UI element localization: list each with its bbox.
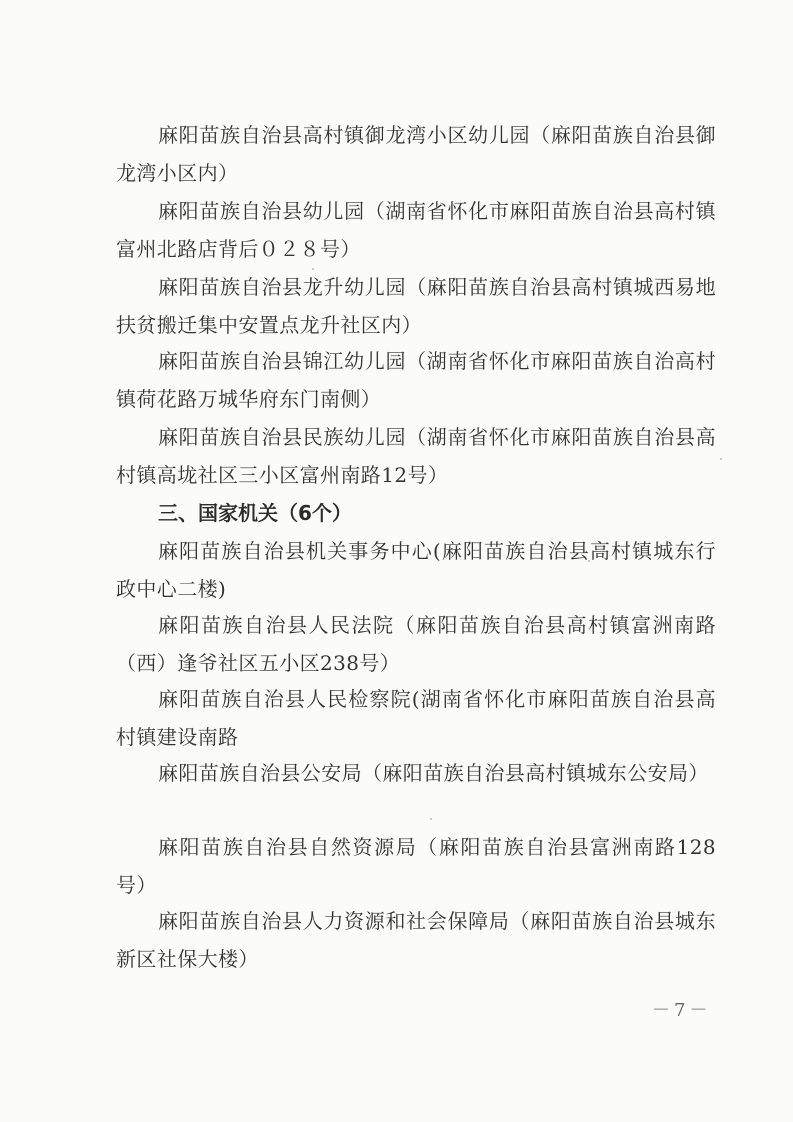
section-heading: 三、国家机关（6个）: [158, 494, 352, 532]
agency-entry: 麻阳苗族自治县机关事务中心(麻阳苗族自治县高村镇城东行政中心二楼): [116, 532, 716, 608]
agency-entry: 麻阳苗族自治县人力资源和社会保障局（麻阳苗族自治县城东新区社保大楼）: [116, 902, 716, 978]
kindergarten-entry: 麻阳苗族自治县幼儿园（湖南省怀化市麻阳苗族自治县高村镇富州北路店背后０２８号）: [116, 192, 716, 268]
scan-speck: [720, 458, 722, 460]
agency-entry: 麻阳苗族自治县人民法院（麻阳苗族自治县高村镇富洲南路（西）逢爷社区五小区238号…: [116, 606, 716, 682]
agency-entry: 麻阳苗族自治县自然资源局（麻阳苗族自治县富洲南路128号）: [116, 828, 716, 904]
agency-entry: 麻阳苗族自治县公安局（麻阳苗族自治县高村镇城东公安局）: [116, 754, 716, 792]
kindergarten-entry: 麻阳苗族自治县民族幼儿园（湖南省怀化市麻阳苗族自治县高村镇高垅社区三小区富州南路…: [116, 418, 716, 494]
kindergarten-entry: 麻阳苗族自治县锦江幼儿园（湖南省怀化市麻阳苗族自治高村镇荷花路万城华府东门南侧）: [116, 342, 716, 418]
document-page: 麻阳苗族自治县高村镇御龙湾小区幼儿园（麻阳苗族自治县御龙湾小区内） 麻阳苗族自治…: [0, 0, 793, 1122]
scan-speck: [178, 849, 180, 851]
scan-speck: [430, 818, 432, 820]
agency-entry: 麻阳苗族自治县人民检察院(湖南省怀化市麻阳苗族自治县高村镇建设南路: [116, 680, 716, 756]
kindergarten-entry: 麻阳苗族自治县高村镇御龙湾小区幼儿园（麻阳苗族自治县御龙湾小区内）: [116, 116, 716, 192]
page-number: －7－: [652, 996, 711, 1022]
scan-speck: [588, 560, 590, 562]
kindergarten-entry: 麻阳苗族自治县龙升幼儿园（麻阳苗族自治县高村镇城西易地扶贫搬迁集中安置点龙升社区…: [116, 268, 716, 344]
scan-speck: [312, 268, 314, 270]
